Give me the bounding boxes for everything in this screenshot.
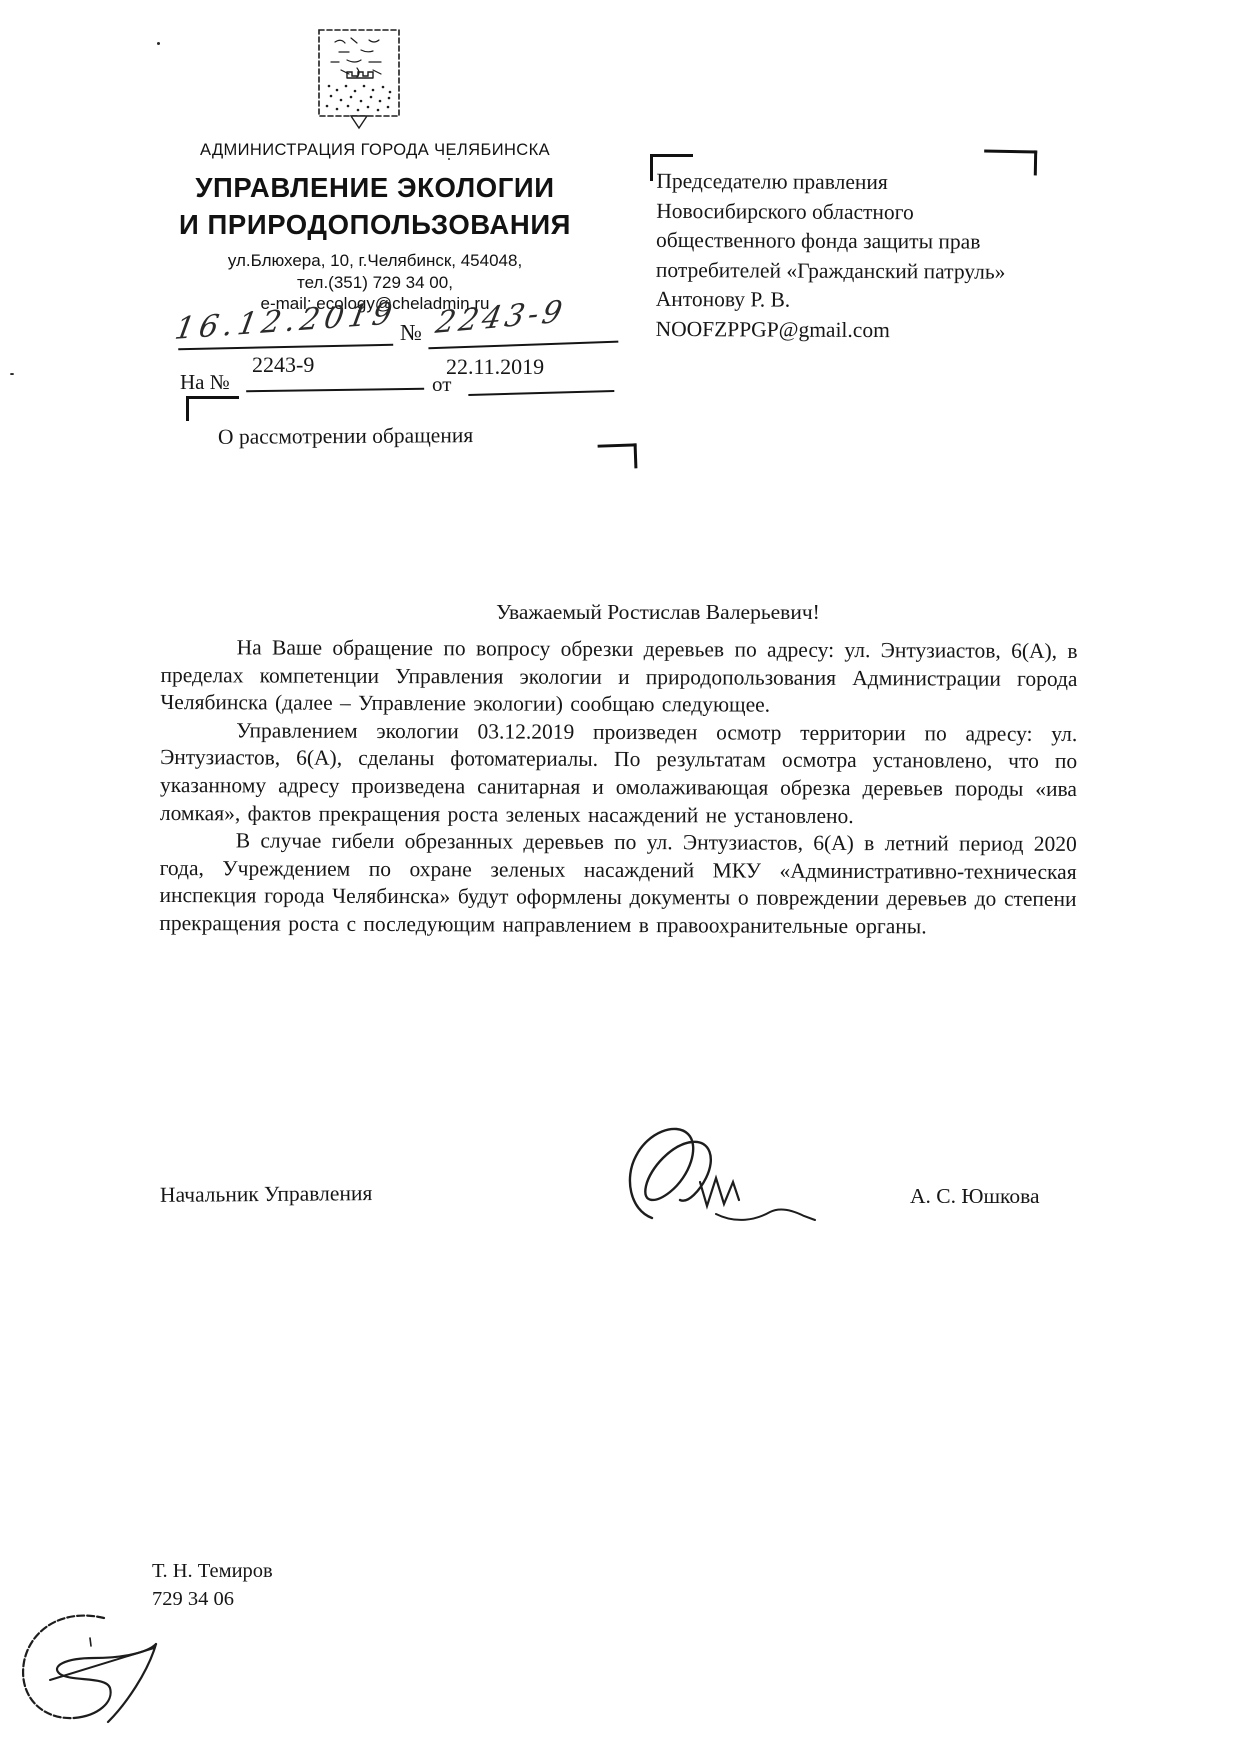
in-reply-to-label: На № (180, 370, 230, 395)
from-date-label: от (432, 372, 451, 397)
in-reply-to-number-blank (246, 365, 424, 392)
scanned-letter-page: АДМИНИСТРАЦИЯ ГОРОДА ЧЕЛЯБИНСКА УПРАВЛЕН… (0, 0, 1240, 1753)
letterhead: АДМИНИСТРАЦИЯ ГОРОДА ЧЕЛЯБИНСКА УПРАВЛЕН… (152, 141, 598, 315)
recipient-line: общественного фонда защиты прав (656, 226, 1076, 258)
scan-speck (157, 42, 160, 45)
org-name-line1: УПРАВЛЕНИЕ ЭКОЛОГИИ (152, 169, 598, 206)
scan-speck (10, 373, 14, 375)
coat-of-arms-emblem-icon (317, 28, 403, 131)
recipient-name: Антонову Р. В. (656, 285, 1076, 317)
number-sign-label: № (400, 320, 422, 346)
corner-mark-left-block-right (598, 443, 638, 469)
signer-name: А. С. Юшкова (910, 1184, 1040, 1209)
org-address: ул.Блюхера, 10, г.Челябинск, 454048, (152, 250, 598, 272)
scan-speck (448, 158, 450, 160)
letter-body: На Ваше обращение по вопросу обрезки дер… (159, 634, 1077, 942)
salutation: Уважаемый Ростислав Валерьевич! (200, 600, 1116, 625)
signature-scribble (612, 1120, 817, 1240)
recipient-line: Новосибирского областного (656, 196, 1076, 228)
org-parent-name: АДМИНИСТРАЦИЯ ГОРОДА ЧЕЛЯБИНСКА (152, 141, 598, 160)
org-name-line2: И ПРИРОДОПОЛЬЗОВАНИЯ (152, 206, 598, 243)
body-paragraph-1: На Ваше обращение по вопросу обрезки дер… (160, 634, 1077, 721)
handwritten-mark-scribble (16, 1608, 184, 1734)
body-paragraph-3: В случае гибели обрезанных деревьев по у… (159, 827, 1076, 941)
recipient-line: Председателю правления (656, 167, 1076, 199)
date-blank-line (178, 322, 393, 350)
corner-mark-left-block (186, 396, 239, 421)
subject-line: О рассмотрении обращения (218, 423, 473, 450)
recipient-email: NOOFZPPGP@gmail.com (656, 314, 1076, 346)
signer-title: Начальник Управления (160, 1181, 373, 1208)
executor-name: Т. Н. Темиров (152, 1560, 273, 1583)
recipient-line: потребителей «Гражданский патруль» (656, 255, 1076, 287)
from-date-blank (468, 366, 615, 396)
recipient-block: Председателю правления Новосибирского об… (656, 167, 1077, 346)
org-phone: тел.(351) 729 34 00, (152, 272, 598, 294)
body-paragraph-2: Управлением экологии 03.12.2019 произвед… (160, 717, 1077, 831)
